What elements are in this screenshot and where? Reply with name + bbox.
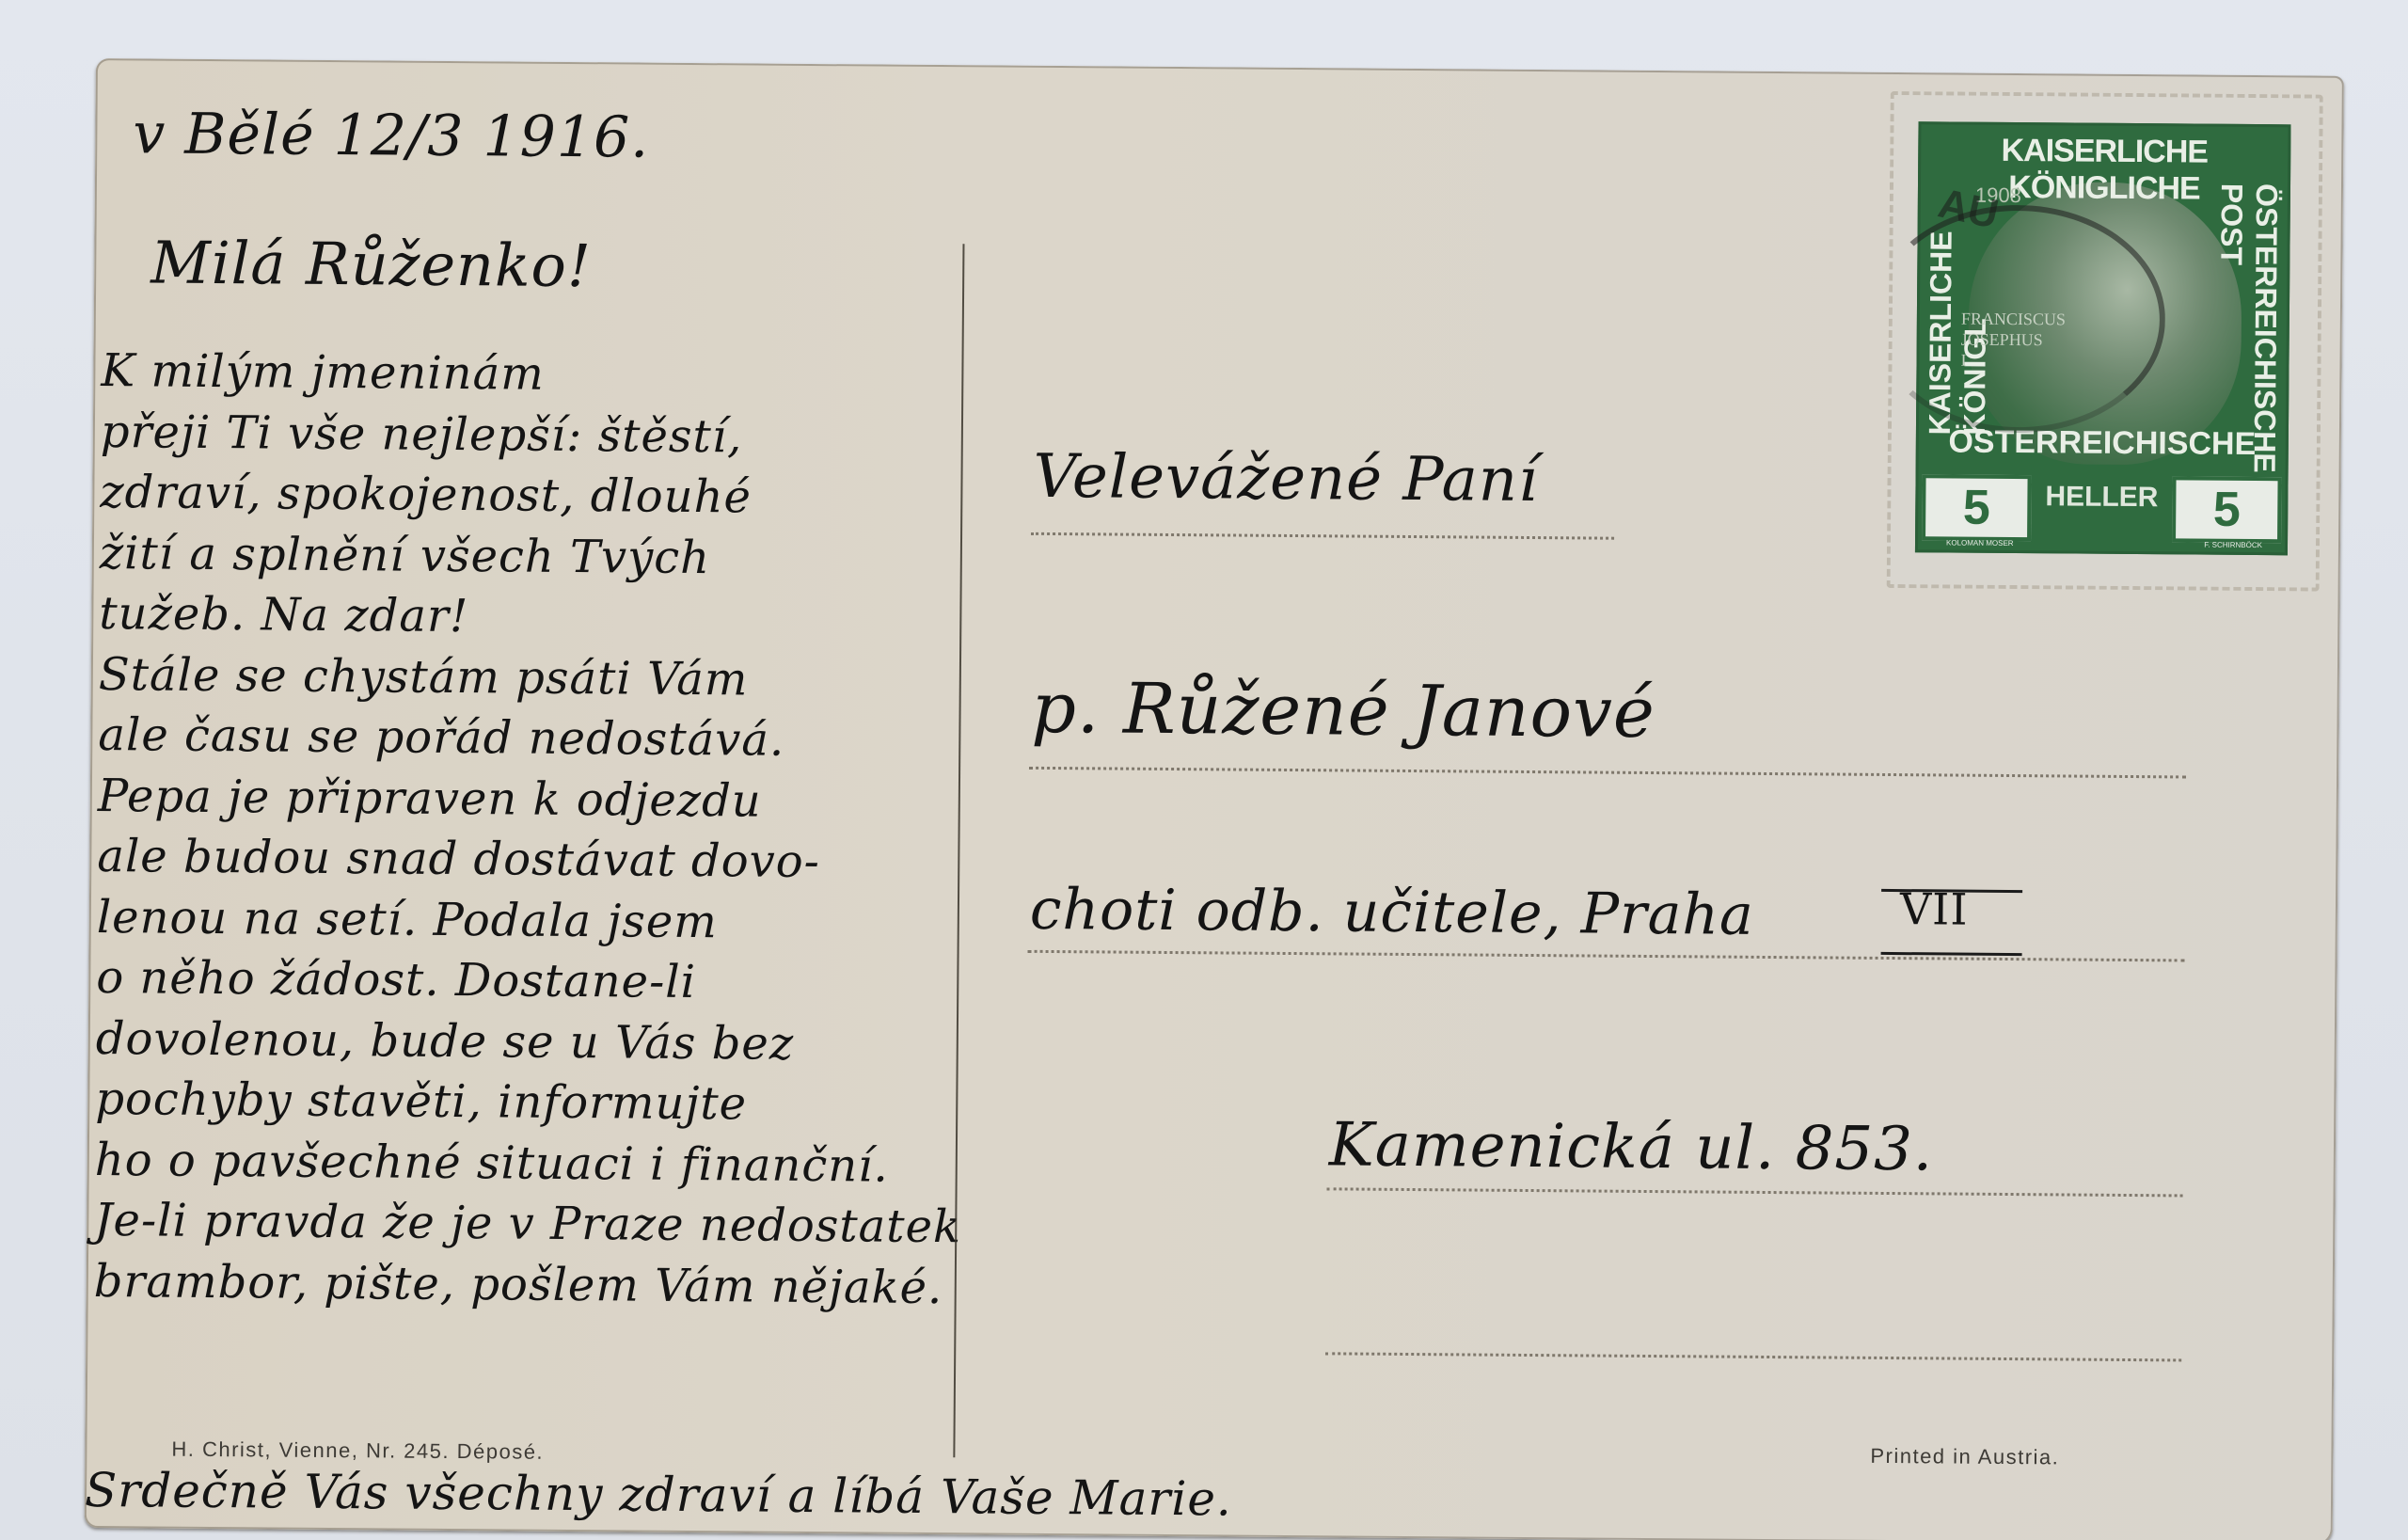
- message-line: lenou na setí. Podala jsem: [97, 887, 964, 955]
- salutation: Milá Růženko!: [150, 228, 592, 300]
- message-line: ale budou snad dostávat dovo-: [97, 826, 964, 894]
- address-dotted-line: [1029, 767, 2186, 779]
- stamp-bottom-text: ÖSTERREICHISCHE: [1919, 423, 2286, 463]
- address-dotted-line: [1028, 950, 2185, 962]
- message-line: ale času se pořád nedostává.: [98, 705, 965, 772]
- printed-in-austria: Printed in Austria.: [1870, 1444, 2059, 1470]
- district-underline: [1881, 952, 2022, 956]
- address-line-1: Velevážené Paní: [1033, 442, 1539, 516]
- message-line: žití a splnění všech Tvých: [100, 523, 967, 591]
- closing-line: Srdečně Vás všechny zdraví a líbá Vaše M…: [85, 1460, 1232, 1530]
- message-line: K milým jmeninám: [101, 341, 968, 408]
- message-line: přeji Ti vše nejlepší: štěstí,: [101, 402, 968, 469]
- message-line: zdraví, spokojenost, dlouhé: [100, 462, 967, 530]
- address-dotted-line: [1325, 1352, 2181, 1361]
- stamp-engraver-right: F. SCHIRNBÖCK: [2204, 541, 2262, 549]
- stamp-value-left: 5: [1922, 474, 2032, 541]
- stamp-designer-left: KOLOMAN MOSER: [1946, 538, 2014, 548]
- postcard: v Bělé 12/3 1916. Milá Růženko! K milým …: [85, 58, 2344, 1540]
- message-line: Je-li pravda že je v Praze nedostatek: [94, 1190, 961, 1258]
- message-body: K milým jmeninám přeji Ti vše nejlepší: …: [94, 341, 969, 1318]
- message-line: tužeb. Na zdar!: [99, 583, 966, 651]
- stamp-value-right: 5: [2172, 476, 2282, 543]
- message-line: ho o pavšechné situaci i finanční.: [95, 1130, 962, 1198]
- message-line: Pepa je připraven k odjezdu: [98, 766, 965, 834]
- address-dotted-line: [1031, 532, 1614, 540]
- message-line: o něho žádost. Dostane-li: [96, 947, 963, 1015]
- postmark-cancel: [1871, 204, 2166, 434]
- stamp-right-text: ÖSTERREICHISCHE POST: [2244, 183, 2284, 437]
- address-line-2: p. Růžené Janové: [1031, 668, 1655, 754]
- message-line: Stále se chystám psáti Vám: [99, 644, 966, 712]
- stamp-currency: HELLER: [2029, 481, 2174, 514]
- place-date: v Bělé 12/3 1916.: [133, 101, 649, 170]
- address-line-4: Kamenická ul. 853.: [1329, 1110, 1934, 1184]
- message-line: dovolenou, bude se u Vás bez: [96, 1008, 963, 1076]
- address-dotted-line: [1327, 1187, 2183, 1197]
- message-line: brambor, pište, pošlem Vám nějaké.: [94, 1251, 961, 1319]
- message-line: pochyby stavěti, informujte: [95, 1069, 962, 1136]
- address-line-3: choti odb. učitele, Praha: [1030, 877, 1754, 948]
